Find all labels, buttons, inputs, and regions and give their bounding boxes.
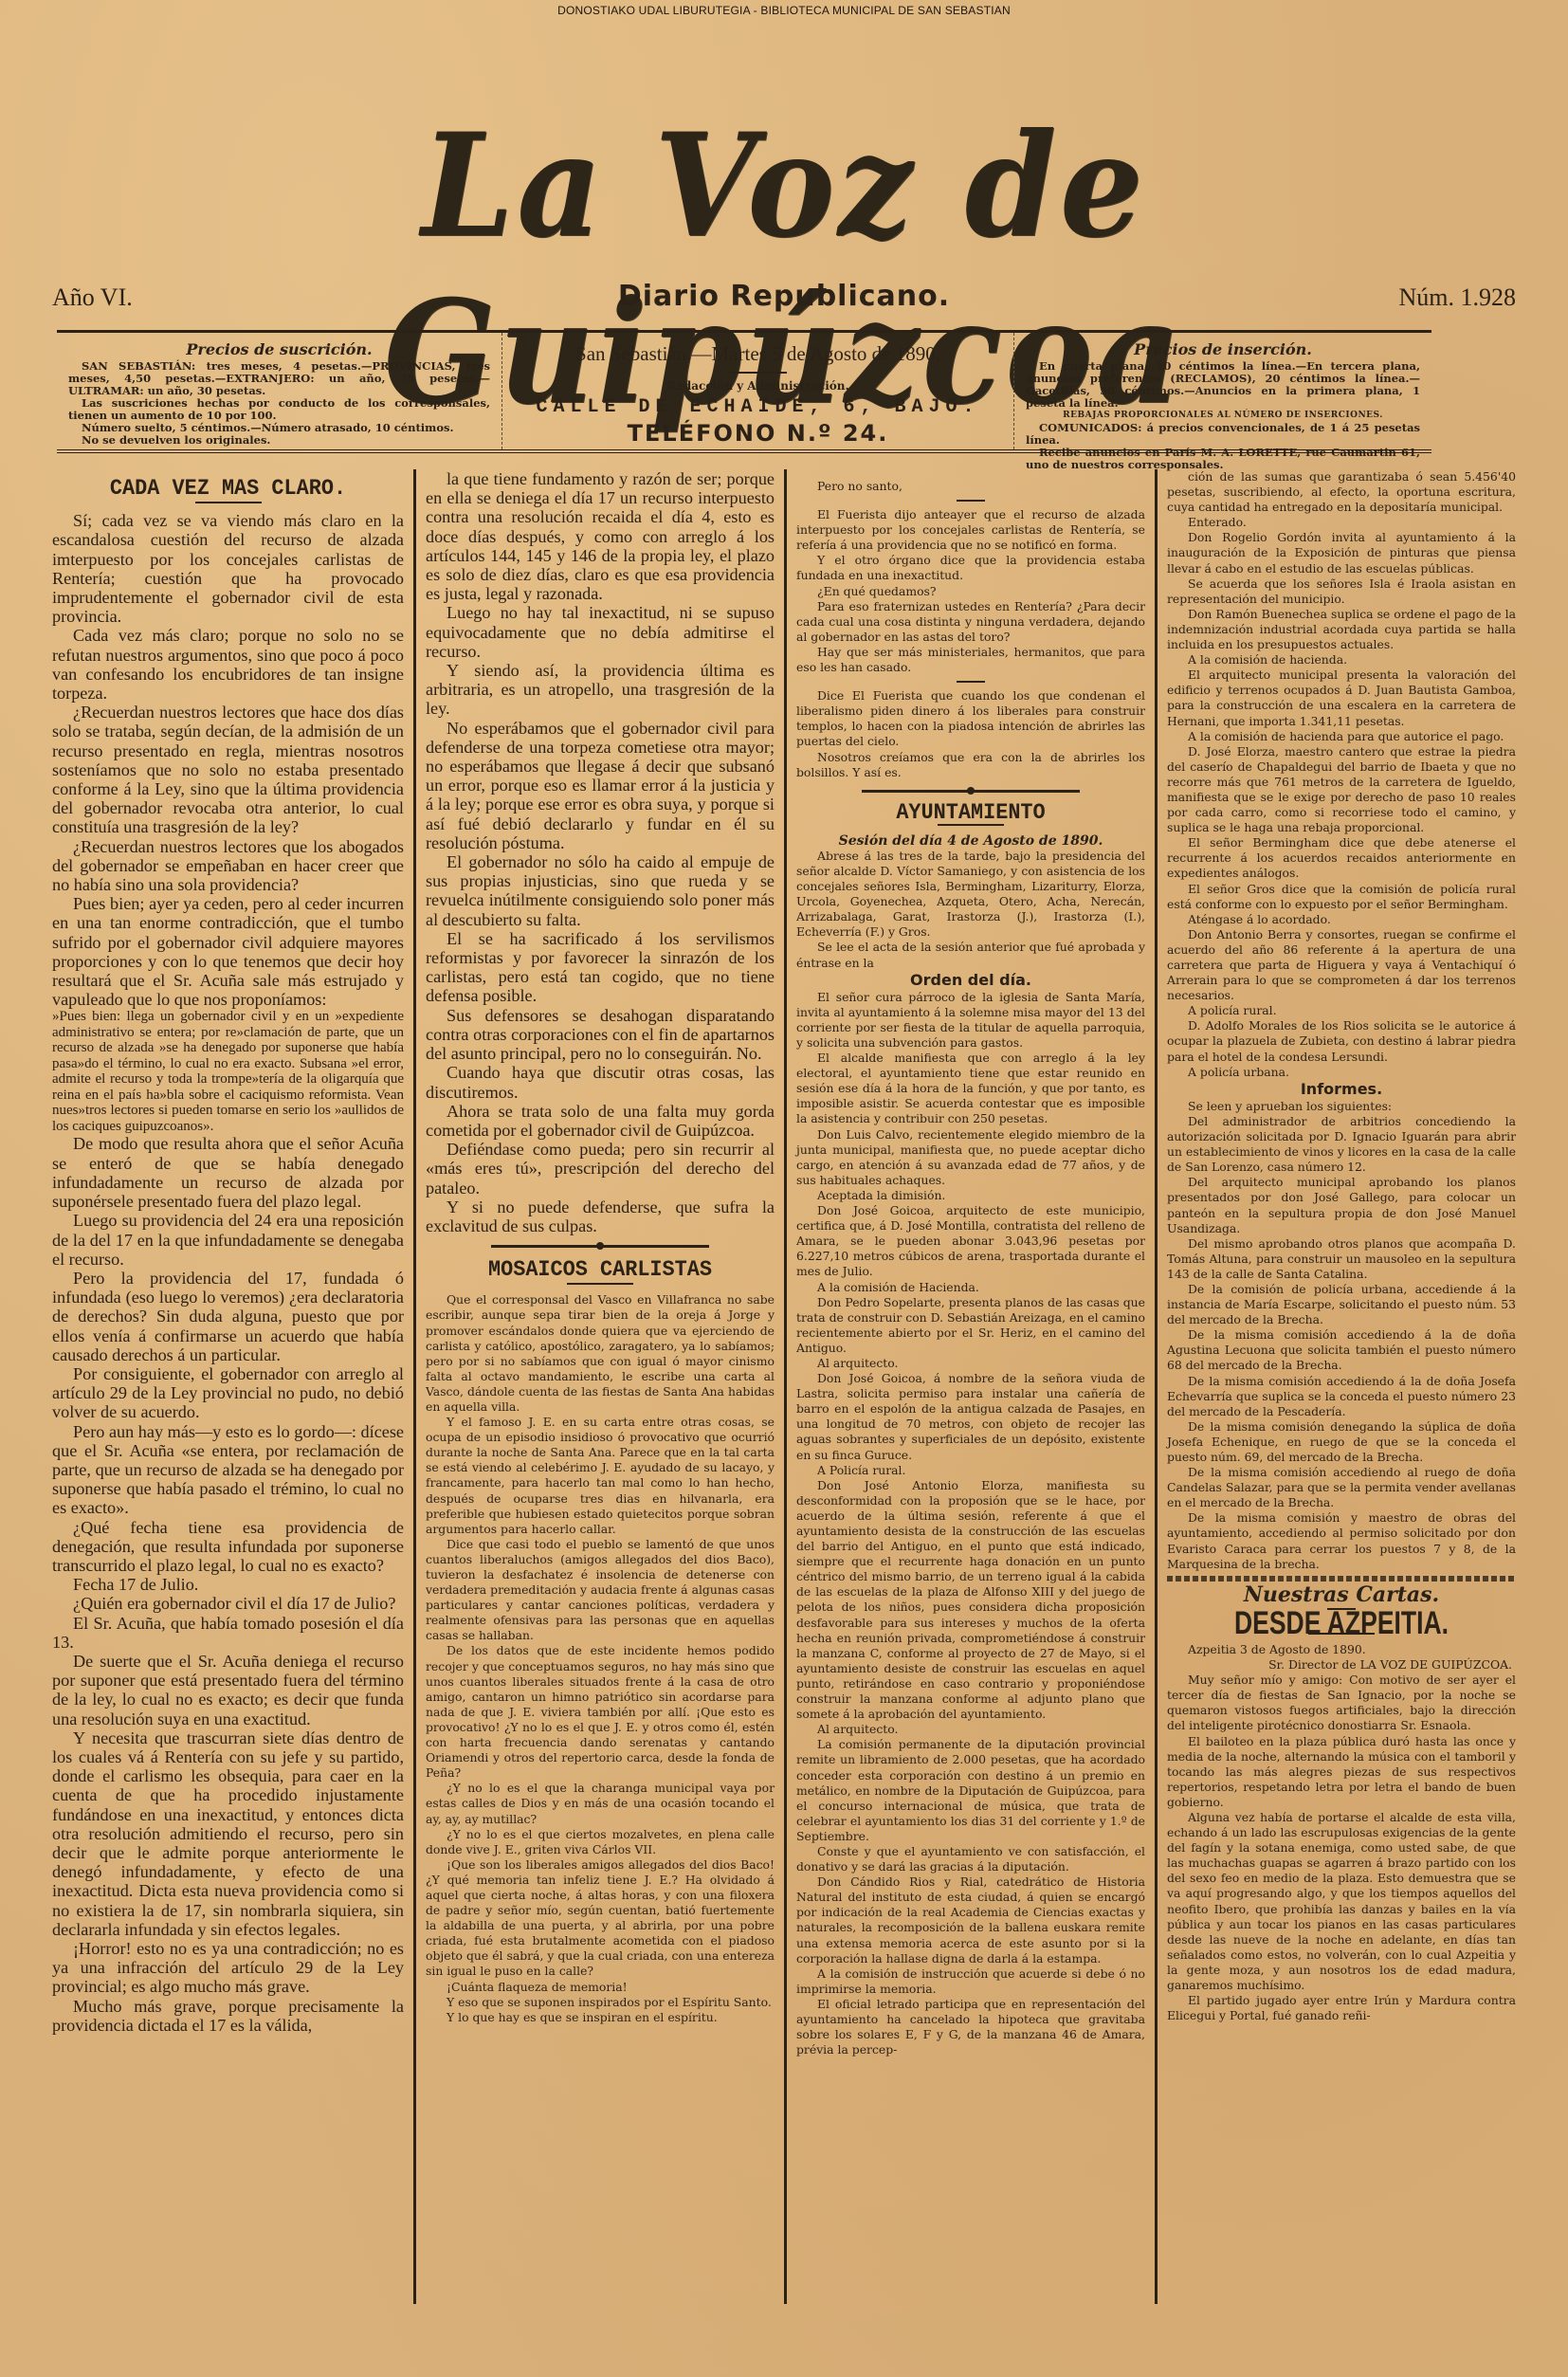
column-1: CADA VEZ MAS CLARO. Sí; cada vez se va v… — [43, 469, 413, 2304]
paragraph: Para eso fraternizan ustedes en Rentería… — [796, 599, 1145, 645]
column-4: ción de las sumas que garantizaba ó sean… — [1155, 469, 1525, 2304]
divider — [957, 500, 985, 502]
paragraph: ¿Qué fecha tiene esa providencia de dene… — [52, 1518, 404, 1576]
subscription-prices: Precios de suscrición. SAN SEBASTIÁN: tr… — [57, 333, 502, 449]
article-body: Que el corresponsal del Vasco en Villafr… — [426, 1292, 775, 2025]
paragraph: ¿Recuerdan nuestros lectores que hace do… — [52, 703, 404, 836]
paragraph: A la comisión de hacienda. — [1167, 652, 1516, 667]
letter-addressee: Sr. Director de LA VOZ DE GUIPÚZCOA. — [1167, 1657, 1516, 1673]
paragraph: Al arquitecto. — [796, 1356, 1145, 1371]
paragraph: Y el otro órgano dice que la providencia… — [796, 553, 1145, 583]
paragraph: Mucho más grave, porque precisamente la … — [52, 1997, 404, 2035]
section-heading: Informes. — [1167, 1082, 1516, 1097]
paragraph: De la comisión de policía urbana, accedi… — [1167, 1282, 1516, 1327]
paragraph: El oficial letrado participa que en repr… — [796, 1997, 1145, 2057]
paragraph: El alcalde manifiesta que con arreglo á … — [796, 1051, 1145, 1126]
info-bar: Precios de suscrición. SAN SEBASTIÁN: tr… — [57, 330, 1431, 453]
paragraph: A la comisión de hacienda para que autor… — [1167, 729, 1516, 744]
paragraph: Luego su providencia del 24 era una repo… — [52, 1211, 404, 1269]
paragraph: El Fuerista dijo anteayer que el recurso… — [796, 507, 1145, 553]
paragraph: Y el famoso J. E. en su carta entre otra… — [426, 1415, 775, 1537]
paragraph: El arquitecto municipal presenta la valo… — [1167, 667, 1516, 728]
paragraph: Se lee el acta de la sesión anterior que… — [796, 940, 1145, 970]
paragraph: Conste y que el ayuntamiento ve con sati… — [796, 1844, 1145, 1874]
divider — [730, 372, 787, 374]
paragraph: La comisión permanente de la diputación … — [796, 1737, 1145, 1844]
article-headline: AYUNTAMIENTO — [805, 805, 1137, 820]
paragraph: No esperábamos que el gobernador civil p… — [426, 719, 775, 852]
redaccion-label: Redacción y Administración. — [514, 379, 1002, 393]
subscription-heading: Precios de suscrición. — [68, 340, 490, 358]
section-heading: Orden del día. — [796, 973, 1145, 988]
article-body: Muy señor mío y amigo: Con motivo de ser… — [1167, 1673, 1516, 2023]
paragraph: Abrese á las tres de la tarde, bajo la p… — [796, 849, 1145, 941]
paragraph: Y siendo así, la providencia última es a… — [426, 661, 775, 719]
paragraph: ¡Horror! esto no es ya una contradicción… — [52, 1939, 404, 1997]
paragraph: Don Luis Calvo, recientemente elegido mi… — [796, 1127, 1145, 1188]
paragraph: ¿Recuerdan nuestros lectores que los abo… — [52, 837, 404, 895]
paragraph: Don Antonio Berra y consortes, ruegan se… — [1167, 927, 1516, 1003]
paragraph: El señor Gros dice que la comisión de po… — [1167, 882, 1516, 912]
article-body: El señor cura párroco de la iglesia de S… — [796, 990, 1145, 2058]
subscription-text: SAN SEBASTIÁN: tres meses, 4 pesetas.—PR… — [68, 360, 490, 447]
ornament-divider — [491, 1245, 709, 1251]
paragraph: El se ha sacrificado á los servilismos r… — [426, 929, 775, 1006]
paragraph: Pero la providencia del 17, fundada ó in… — [52, 1269, 404, 1364]
paragraph: Don Ramón Buenechea suplica se ordene el… — [1167, 607, 1516, 652]
paragraph: Don José Goicoa, arquitecto de este muni… — [796, 1203, 1145, 1279]
paragraph: El bailoteo en la plaza pública duró has… — [1167, 1734, 1516, 1810]
paragraph: Por consiguiente, el gobernador con arre… — [52, 1364, 404, 1422]
paragraph: Fecha 17 de Julio. — [52, 1575, 404, 1594]
paragraph: El partido jugado ayer entre Irún y Mard… — [1167, 1993, 1516, 2023]
paragraph: Sus defensores se desahogan disparatando… — [426, 1006, 775, 1064]
divider — [195, 502, 262, 503]
subscription-line: Las suscriciones hechas por conducto de … — [68, 397, 490, 422]
column-2: la que tiene fundamento y razón de ser; … — [413, 469, 784, 2304]
paragraph: Pero no santo, — [796, 479, 1145, 494]
paragraph: ¿Y no lo es el que la charanga municipal… — [426, 1781, 775, 1826]
article-body: El Fuerista dijo anteayer que el recurso… — [796, 507, 1145, 675]
paragraph: De la misma comisión denegando la súplic… — [1167, 1419, 1516, 1465]
paragraph: Del mismo aprobando otros planos que aco… — [1167, 1236, 1516, 1282]
letter-date: Azpeitia 3 de Agosto de 1890. — [1167, 1642, 1516, 1657]
paragraph: Sí; cada vez se va viendo más claro en l… — [52, 511, 404, 626]
paragraph: la que tiene fundamento y razón de ser; … — [426, 469, 775, 603]
paragraph: Don Rogelio Gordón invita al ayuntamient… — [1167, 530, 1516, 576]
paragraph: Don Pedro Sopelarte, presenta planos de … — [796, 1295, 1145, 1356]
article-body: ción de las sumas que garantizaba ó sean… — [1167, 469, 1516, 1080]
paragraph: El señor cura párroco de la iglesia de S… — [796, 990, 1145, 1051]
subscription-line: SAN SEBASTIÁN: tres meses, 4 pesetas.—PR… — [68, 360, 490, 397]
paragraph: El señor Bermingham dice que debe atener… — [1167, 835, 1516, 881]
article-body: Pero no santo, — [796, 479, 1145, 494]
telephone-number: TELÉFONO N.º 24. — [514, 420, 1002, 447]
paragraph: De suerte que el Sr. Acuña deniega el re… — [52, 1652, 404, 1728]
article-body: De modo que resulta ahora que el señor A… — [52, 1134, 404, 2035]
paragraph: ción de las sumas que garantizaba ó sean… — [1167, 469, 1516, 515]
paragraph: Don José Antonio Elorza, manifiesta su d… — [796, 1478, 1145, 1723]
paragraph: De la misma comisión accediendo á la de … — [1167, 1327, 1516, 1373]
paragraph: Al arquitecto. — [796, 1722, 1145, 1737]
wavy-divider — [1167, 1576, 1516, 1582]
paragraph: El gobernador no sólo ha caido al empuje… — [426, 852, 775, 929]
paragraph: A la comisión de Hacienda. — [796, 1280, 1145, 1295]
office-address: CALLE DE ECHAIDE, 6, BAJO. — [514, 396, 1002, 418]
ornament-divider — [862, 790, 1080, 795]
section-heading: Nuestras Cartas. — [1167, 1587, 1516, 1602]
insertion-heading: Precios de inserción. — [1026, 340, 1420, 358]
article-headline: DESDE AZPEITIA. — [1205, 1616, 1477, 1631]
paragraph: Cuando haya que discutir otras cosas, la… — [426, 1063, 775, 1101]
paragraph: Muy señor mío y amigo: Con motivo de ser… — [1167, 1673, 1516, 1733]
article-body: Abrese á las tres de la tarde, bajo la p… — [796, 849, 1145, 971]
paragraph: D. José Elorza, maestro cantero que estr… — [1167, 744, 1516, 836]
paragraph: Don Cándido Rios y Rial, catedrático de … — [796, 1874, 1145, 1966]
paragraph: De la misma comisión y maestro de obras … — [1167, 1510, 1516, 1571]
paragraph: Que el corresponsal del Vasco en Villafr… — [426, 1292, 775, 1415]
paragraph: Hay que ser más ministeriales, hermanito… — [796, 645, 1145, 675]
article-body: Se leen y aprueban los siguientes:Del ad… — [1167, 1099, 1516, 1572]
paragraph: Ahora se trata solo de una falta muy gor… — [426, 1102, 775, 1140]
paragraph: De la misma comisión accediendo al ruego… — [1167, 1465, 1516, 1510]
paragraph: Alguna vez había de portarse el alcalde … — [1167, 1810, 1516, 1993]
paragraph: A Policía rural. — [796, 1463, 1145, 1478]
paragraph: A la comisión de instrucción que acuerde… — [796, 1966, 1145, 1997]
archive-banner: DONOSTIAKO UDAL LIBURUTEGIA - BIBLIOTECA… — [0, 4, 1568, 17]
session-date: Sesión del día 4 de Agosto de 1890. — [796, 833, 1145, 849]
paragraph: Y eso que se suponen inspirados por el E… — [426, 1995, 775, 2010]
column-3: Pero no santo, El Fuerista dijo anteayer… — [784, 469, 1155, 2304]
paragraph: Del administrador de arbitrios concedien… — [1167, 1114, 1516, 1175]
paragraph: Aceptada la dimisión. — [796, 1188, 1145, 1203]
paragraph: Dice El Fuerista que cuando los que cond… — [796, 688, 1145, 749]
article-columns: CADA VEZ MAS CLARO. Sí; cada vez se va v… — [43, 469, 1526, 2304]
paragraph: De modo que resulta ahora que el señor A… — [52, 1134, 404, 1211]
paragraph: Pero aun hay más—y esto es lo gordo—: dí… — [52, 1422, 404, 1518]
insertion-prices: Precios de inserción. En cuarta plana, 1… — [1014, 333, 1431, 449]
paragraph: Nosotros creíamos que era con la de abri… — [796, 750, 1145, 780]
paragraph: ¡Que son los liberales amigos allegados … — [426, 1857, 775, 1980]
paragraph: Aténgase á lo acordado. — [1167, 912, 1516, 927]
paragraph: ¿Y no lo es el que ciertos mozalvetes, e… — [426, 1827, 775, 1857]
paragraph: A policía rural. — [1167, 1003, 1516, 1018]
paragraph: Defiéndase como pueda; pero sin recurrir… — [426, 1140, 775, 1198]
paragraph: El Sr. Acuña, que había tomado posesión … — [52, 1614, 404, 1652]
issue-info: San Sebastián.—Martes 5 de Agosto de 189… — [502, 333, 1014, 449]
paragraph: Luego no hay tal inexactitud, ni se supu… — [426, 603, 775, 661]
paragraph: ¿Quién era gobernador civil el día 17 de… — [52, 1594, 404, 1613]
newspaper-subtitle: Diario Republicano. — [52, 280, 1516, 313]
paragraph: Y necesita que trascurran siete días den… — [52, 1728, 404, 1939]
paragraph: Dice que casi todo el pueblo se lamentó … — [426, 1537, 775, 1644]
paragraph: ¿En qué quedamos? — [796, 584, 1145, 599]
paragraph: ¡Cuánta flaqueza de memoria! — [426, 1980, 775, 1995]
paragraph: Se acuerda que los señores Isla é Iraola… — [1167, 576, 1516, 607]
paragraph: Y lo que hay es que se inspiran en el es… — [426, 2010, 775, 2025]
article-body: Sí; cada vez se va viendo más claro en l… — [52, 511, 404, 1009]
paragraph: Se leen y aprueban los siguientes: — [1167, 1099, 1516, 1114]
paragraph: De los datos que de este incidente hemos… — [426, 1643, 775, 1781]
insertion-line: En cuarta plana, 10 céntimos la línea.—E… — [1026, 360, 1420, 410]
insertion-line: Recibe anuncios en París M. A. LORETTE, … — [1026, 447, 1420, 471]
subscription-line: No se devuelven los originales. — [68, 434, 490, 447]
paragraph: De la misma comisión accediendo á la de … — [1167, 1374, 1516, 1419]
paragraph: Enterado. — [1167, 515, 1516, 530]
divider — [567, 1283, 633, 1285]
issue-number: Núm. 1.928 — [1399, 283, 1517, 312]
masthead-subhead: Año VI. Diario Republicano. Núm. 1.928 — [52, 280, 1516, 318]
paragraph: A policía urbana. — [1167, 1065, 1516, 1080]
insertion-line: COMUNICADOS: á precios convencionales, d… — [1026, 422, 1420, 447]
paragraph: Y si no puede defenderse, que sufra la e… — [426, 1198, 775, 1235]
paragraph: Cada vez más claro; porque no solo no se… — [52, 626, 404, 703]
issue-date: San Sebastián.—Martes 5 de Agosto de 189… — [514, 342, 1002, 366]
article-body: la que tiene fundamento y razón de ser; … — [426, 469, 775, 1235]
insertion-text: En cuarta plana, 10 céntimos la línea.—E… — [1026, 360, 1420, 471]
article-headline: MOSAICOS CARLISTAS — [434, 1260, 766, 1279]
article-headline: CADA VEZ MAS CLARO. — [61, 479, 394, 498]
article-quote: »Pues bien: llega un gobernador civil y … — [52, 1009, 404, 1134]
article-body: Dice El Fuerista que cuando los que cond… — [796, 688, 1145, 780]
paragraph: Don José Goicoa, á nombre de la señora v… — [796, 1371, 1145, 1463]
paragraph: Pues bien; ayer ya ceden, pero al ceder … — [52, 894, 404, 1009]
divider — [957, 681, 985, 683]
paragraph: D. Adolfo Morales de los Rios solicita s… — [1167, 1018, 1516, 1064]
paragraph: Del arquitecto municipal aprobando los p… — [1167, 1175, 1516, 1235]
